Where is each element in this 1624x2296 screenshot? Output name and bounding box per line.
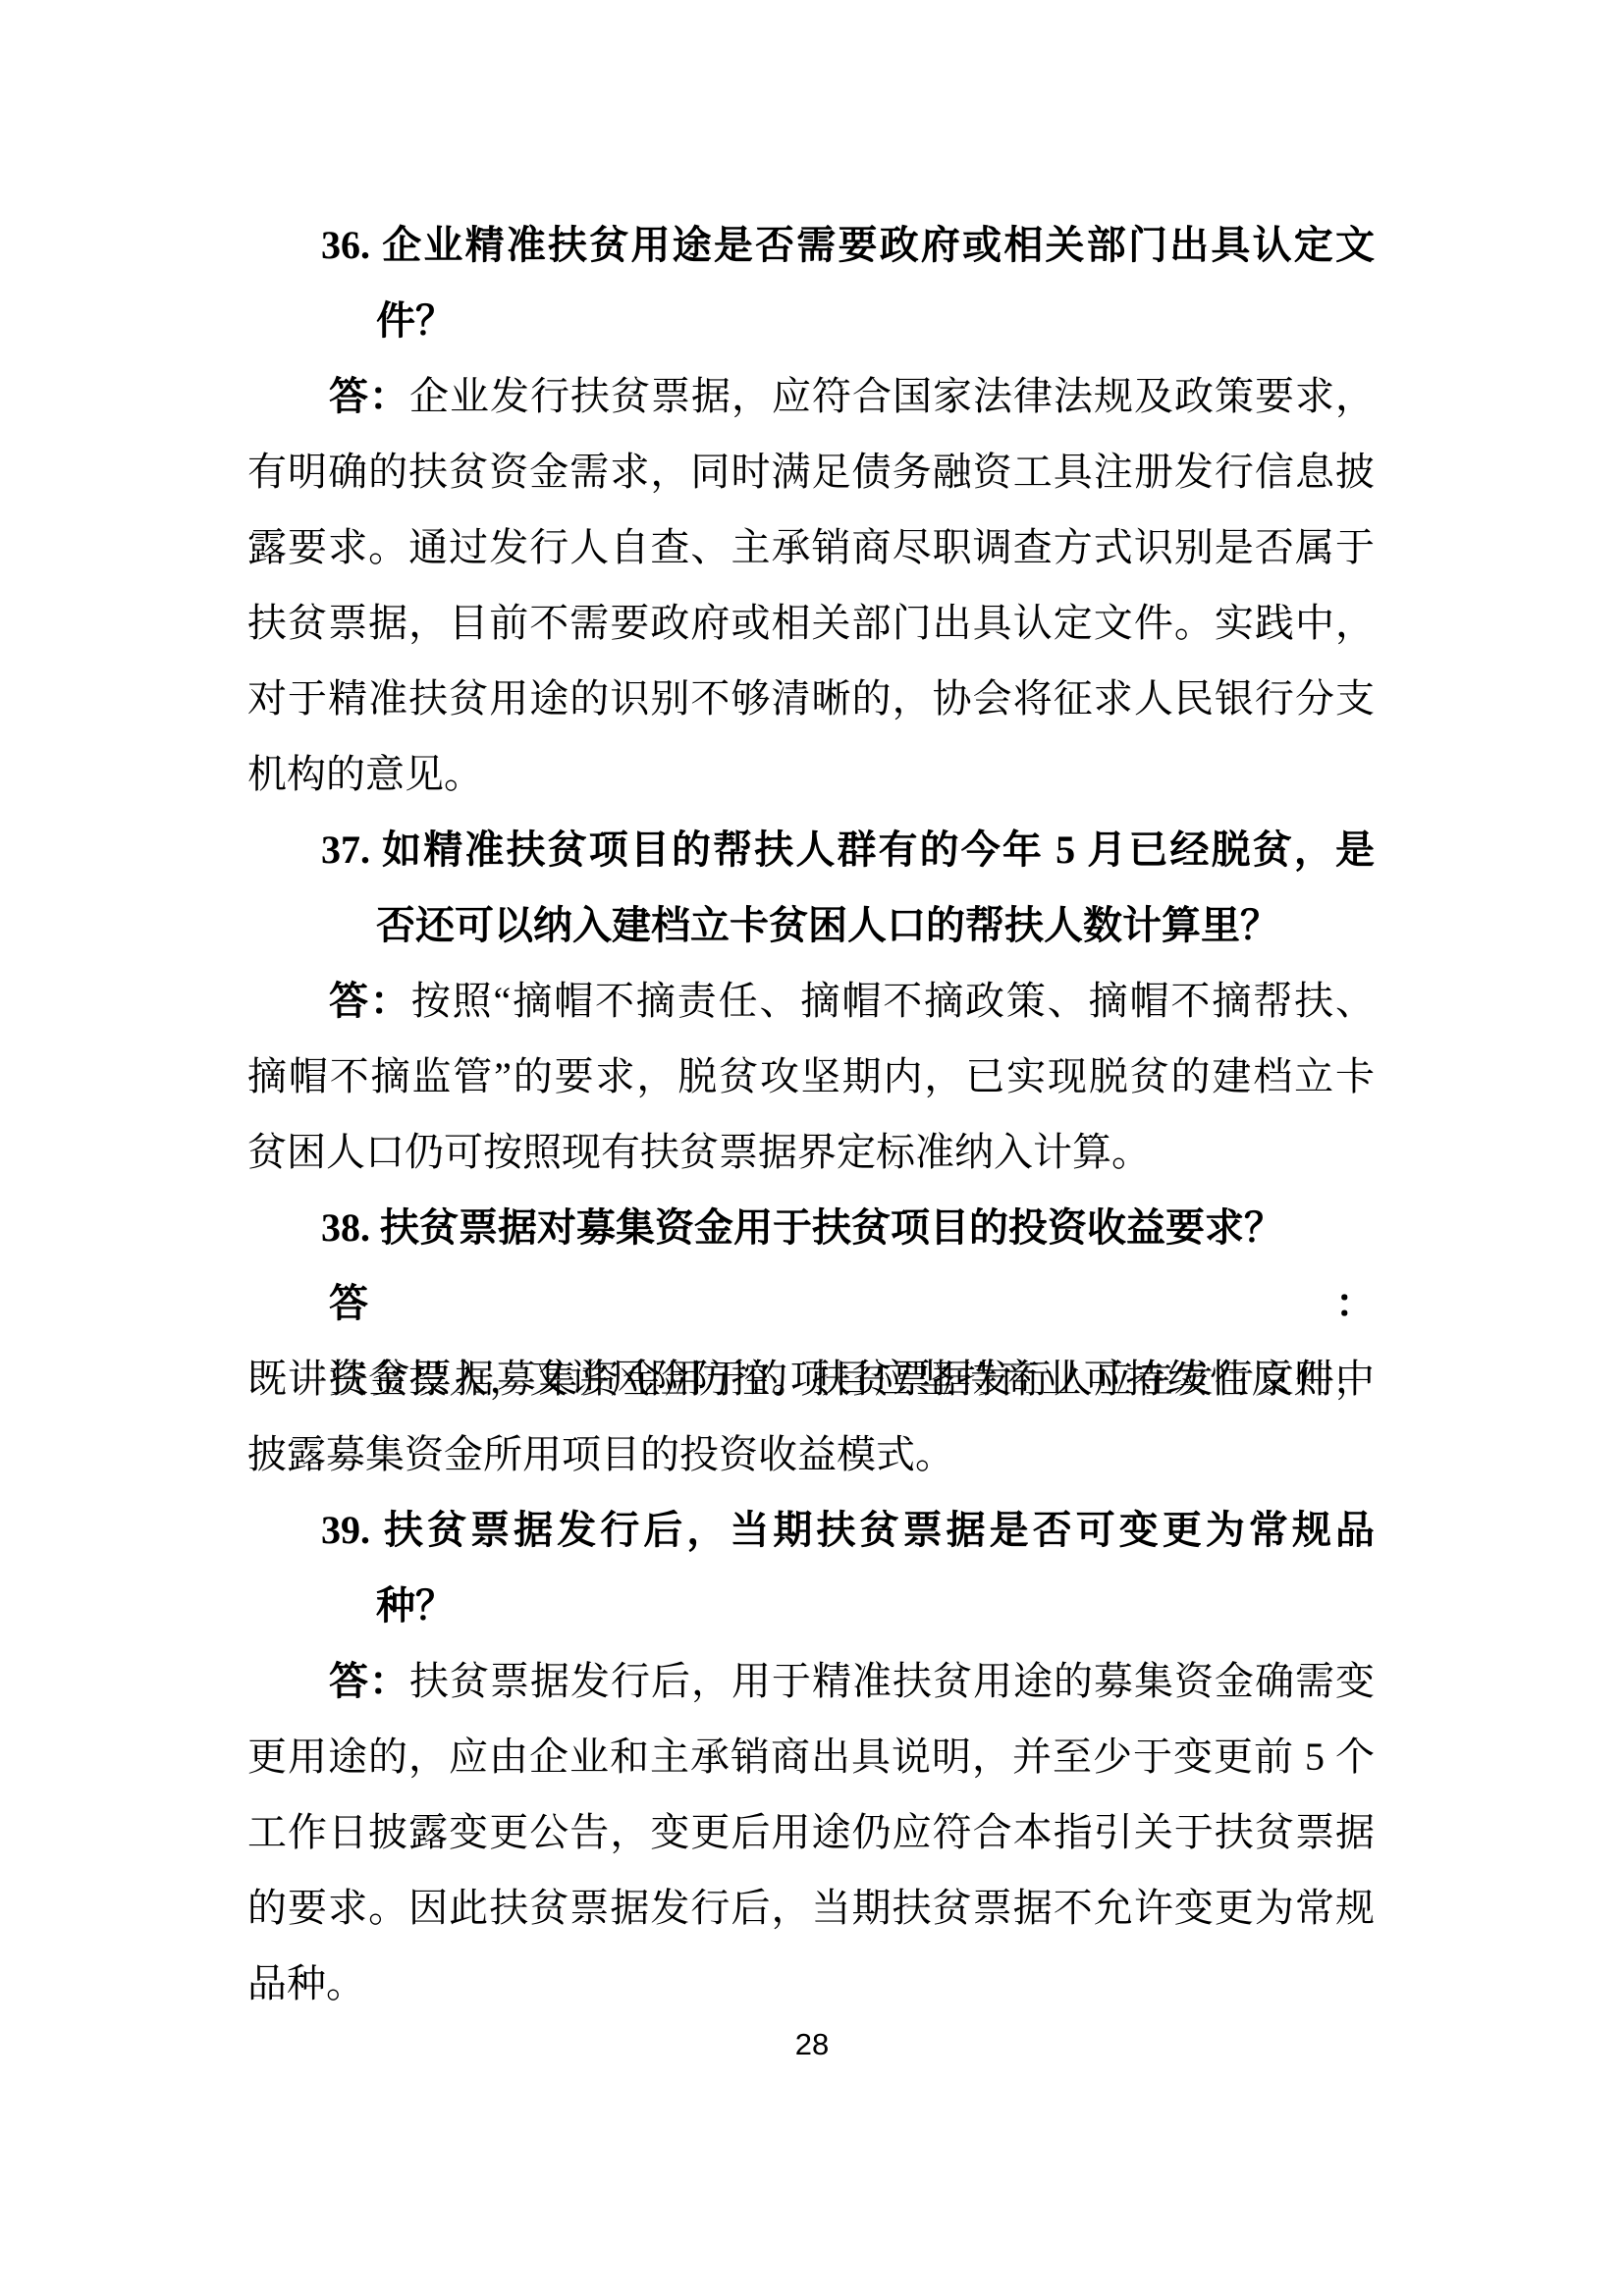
question-heading-line: 否还可以纳入建档立卡贫困人口的帮扶人数计算里？ (247, 887, 1375, 963)
question-number: 36. (321, 223, 370, 267)
question-number: 38. (321, 1205, 370, 1250)
question-line-text: 否还可以纳入建档立卡贫困人口的帮扶人数计算里？ (376, 903, 1279, 947)
answer-line: 对于精准扶贫用途的识别不够清晰的，协会将征求人民银行分支 (247, 661, 1375, 736)
question-heading-line: 种？ (247, 1568, 1375, 1643)
answer-prefix: 答： (329, 374, 409, 418)
answer-line-text: 既讲资金投入，又讲风险防控。扶贫票据发行人应在发行文件中 (247, 1357, 1375, 1401)
question-line-text: 种？ (376, 1583, 455, 1628)
answer-line-text: 品种。 (247, 1961, 365, 2005)
question-line-text: 件？ (376, 298, 455, 343)
answer-line-text: 披露募集资金所用项目的投资收益模式。 (247, 1432, 954, 1476)
answer-line-text: 按照“摘帽不摘责任、摘帽不摘政策、摘帽不摘帮扶、 (411, 979, 1375, 1023)
answer-prefix: 答： (329, 1659, 409, 1703)
answer-line: 答：扶贫票据发行后，用于精准扶贫用途的募集资金确需变 (247, 1643, 1375, 1719)
question-line-text: 扶贫票据对募集资金用于扶贫项目的投资收益要求？ (380, 1205, 1283, 1250)
document-page: 36.企业精准扶贫用途是否需要政府或相关部门出具认定文件？答：企业发行扶贫票据，… (0, 0, 1624, 2296)
question-heading-line: 37.如精准扶贫项目的帮扶人群有的今年 5 月已经脱贫，是 (247, 812, 1375, 887)
answer-line-text: 更用途的，应由企业和主承销商出具说明，并至少于变更前 5 个 (247, 1735, 1375, 1779)
answer-line-text: 露要求。通过发行人自查、主承销商尽职调查方式识别是否属于 (247, 525, 1375, 569)
answer-line: 披露募集资金所用项目的投资收益模式。 (247, 1416, 1375, 1492)
question-number: 37. (321, 828, 370, 872)
answer-line: 机构的意见。 (247, 736, 1375, 812)
question-heading-line: 38.扶贫票据对募集资金用于扶贫项目的投资收益要求？ (247, 1190, 1375, 1265)
answer-line: 既讲资金投入，又讲风险防控。扶贫票据发行人应在发行文件中 (247, 1341, 1375, 1416)
answer-prefix: 答： (329, 979, 411, 1023)
answer-line: 品种。 (247, 1946, 1375, 2021)
answer-line-text: 贫困人口仍可按照现有扶贫票据界定标准纳入计算。 (247, 1130, 1151, 1174)
question-line-text: 企业精准扶贫用途是否需要政府或相关部门出具认定文 (380, 223, 1375, 267)
answer-line: 答：按照“摘帽不摘责任、摘帽不摘政策、摘帽不摘帮扶、 (247, 963, 1375, 1039)
question-heading-line: 件？ (247, 283, 1375, 358)
answer-line: 工作日披露变更公告，变更后用途仍应符合本指引关于扶贫票据 (247, 1794, 1375, 1870)
answer-line: 露要求。通过发行人自查、主承销商尽职调查方式识别是否属于 (247, 509, 1375, 585)
document-content: 36.企业精准扶贫用途是否需要政府或相关部门出具认定文件？答：企业发行扶贫票据，… (247, 207, 1375, 2021)
answer-line: 扶贫票据，目前不需要政府或相关部门出具认定文件。实践中， (247, 585, 1375, 661)
answer-line: 更用途的，应由企业和主承销商出具说明，并至少于变更前 5 个 (247, 1719, 1375, 1794)
answer-line: 答：扶贫票据募集资金用于的项目应坚持商业可持续性原则， (247, 1265, 1375, 1341)
question-heading-line: 36.企业精准扶贫用途是否需要政府或相关部门出具认定文 (247, 207, 1375, 283)
answer-line-text: 扶贫票据，目前不需要政府或相关部门出具认定文件。实践中， (247, 601, 1375, 645)
answer-line-text: 的要求。因此扶贫票据发行后，当期扶贫票据不允许变更为常规 (247, 1886, 1375, 1930)
question-line-text: 扶贫票据发行后，当期扶贫票据是否可变更为常规品 (380, 1508, 1375, 1552)
answer-line-text: 机构的意见。 (247, 752, 483, 796)
answer-line-text: 工作日披露变更公告，变更后用途仍应符合本指引关于扶贫票据 (247, 1810, 1375, 1854)
question-heading-line: 39.扶贫票据发行后，当期扶贫票据是否可变更为常规品 (247, 1492, 1375, 1568)
page-number: 28 (0, 2024, 1624, 2065)
question-line-text: 如精准扶贫项目的帮扶人群有的今年 5 月已经脱贫，是 (380, 828, 1375, 872)
answer-line: 的要求。因此扶贫票据发行后，当期扶贫票据不允许变更为常规 (247, 1870, 1375, 1946)
answer-line-text: 企业发行扶贫票据，应符合国家法律法规及政策要求， (409, 374, 1375, 418)
answer-line-text: 扶贫票据发行后，用于精准扶贫用途的募集资金确需变 (409, 1659, 1375, 1703)
answer-line: 摘帽不摘监管”的要求，脱贫攻坚期内，已实现脱贫的建档立卡 (247, 1039, 1375, 1114)
question-number: 39. (321, 1508, 370, 1552)
answer-line: 有明确的扶贫资金需求，同时满足债务融资工具注册发行信息披 (247, 434, 1375, 509)
answer-line-text: 有明确的扶贫资金需求，同时满足债务融资工具注册发行信息披 (247, 450, 1375, 494)
answer-prefix: 答： (329, 1281, 1375, 1325)
answer-line-text: 摘帽不摘监管”的要求，脱贫攻坚期内，已实现脱贫的建档立卡 (247, 1054, 1375, 1098)
answer-line: 贫困人口仍可按照现有扶贫票据界定标准纳入计算。 (247, 1114, 1375, 1190)
answer-line-text: 对于精准扶贫用途的识别不够清晰的，协会将征求人民银行分支 (247, 676, 1375, 721)
answer-line: 答：企业发行扶贫票据，应符合国家法律法规及政策要求， (247, 358, 1375, 434)
